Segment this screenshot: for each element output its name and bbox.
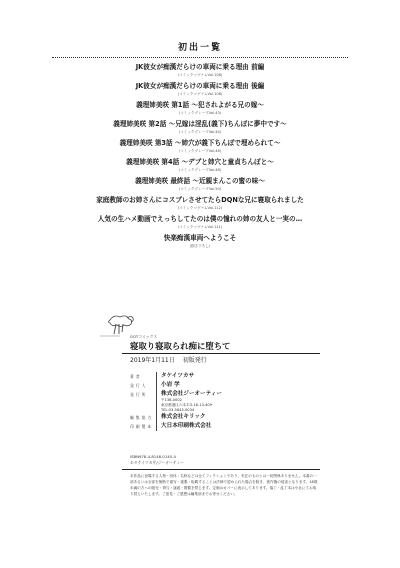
toc-item: JK彼女が痴漢だらけの車両に乗る理由 後編 (コミックマグナムVol.108) [40, 81, 360, 97]
toc-item: 家庭教師のお姉さんにコスプレさせてたらDQNな兄に寝取られました (コミックマグ… [40, 195, 360, 211]
toc-item: 義理姉美咲 第2話 〜兄嫁は淫乱(義下)ちんぽに夢中です〜 (コミックグレープV… [40, 119, 360, 135]
toc-item: 義理姉美咲 第3話 〜姉穴が義下ちんぽで埋められて〜 (コミックグレープVol.… [40, 138, 360, 154]
toc-item-source: (コミックマグナムVol.108) [40, 91, 360, 97]
toc-item-source: (コミックグレープVol.44) [40, 129, 360, 135]
toc-heading: 初出一覧 [40, 40, 360, 53]
toc-item: 人気の生ハメ動画でえっちしてたのは僕の憧れの姉の友人と一実の… (コミックマグナ… [40, 214, 360, 230]
credit-value: 株式会社キリック [156, 413, 206, 422]
credit-value: 小岩 学 [156, 381, 180, 390]
publication-date-line: 2019年1月11日初版発行 [130, 355, 207, 364]
toc-item-source: (コミックマグナムVol.112) [40, 205, 360, 211]
credit-value: 株式会社ジーオーティー 〒136-0002 東京都港区六本木3-16-13-40… [156, 390, 222, 413]
credit-row-editing: 編集協力 株式会社キリック [130, 413, 310, 422]
credit-row-printing: 印刷製本 大日本印刷株式会社 [130, 422, 310, 431]
toc-item-source: (コミックグレープVol.48) [40, 167, 360, 173]
toc-item-source: (コミックマグナムVol.106) [40, 72, 360, 78]
toc-item: JK彼女が痴漢だらけの車両に乗る理由 前編 (コミックマグナムVol.106) [40, 62, 360, 78]
toc-item-title: 家庭教師のお姉さんにコスプレさせてたらDQNな兄に寝取られました [40, 195, 360, 205]
toc-item: 義理姉美咲 第4話 〜デブと姉穴と童貞ちんぽと〜 (コミックグレープVol.48… [40, 157, 360, 173]
toc-item-title: 義理姉美咲 第3話 〜姉穴が義下ちんぽで埋められて〜 [40, 138, 360, 148]
credit-key: 著者 [130, 372, 156, 381]
title-divider [122, 353, 320, 354]
toc-item-source: (描き下ろし) [40, 243, 360, 249]
toc-item-title: JK彼女が痴漢だらけの車両に乗る理由 後編 [40, 81, 360, 91]
toc-item-source: (コミックグレープVol.50) [40, 186, 360, 192]
credit-key: 印刷製本 [130, 422, 156, 431]
table-of-contents: 初出一覧 JK彼女が痴漢だらけの車両に乗る理由 前編 (コミックマグナムVol.… [40, 40, 360, 252]
toc-item-title: 義理姉美咲 第1話 〜犯されよがる兄の嫁〜 [40, 100, 360, 110]
credit-key: 発行人 [130, 381, 156, 390]
notice-divider [122, 469, 320, 470]
toc-item-source: (コミックマグナムVol.111) [40, 224, 360, 230]
toc-item-title: JK彼女が痴漢だらけの車両に乗る理由 前編 [40, 62, 360, 72]
credit-key: 編集協力 [130, 413, 156, 422]
toc-item: 義理姉美咲 第1話 〜犯されよがる兄の嫁〜 (コミックグレープVol.43) [40, 100, 360, 116]
isbn-block: ISBN978-4-8148-0140-4 ©タケイツカサ/ジーオーティー [130, 454, 184, 466]
toc-item: 義理姉美咲 最終話 〜近親まんこの蜜の味〜 (コミックグレープVol.50) [40, 176, 360, 192]
credit-row-publisher: 発行所 株式会社ジーオーティー 〒136-0002 東京都港区六本木3-16-1… [130, 390, 310, 413]
dotted-divider [52, 57, 348, 58]
credit-row-publisher-person: 発行人 小岩 学 [130, 381, 310, 390]
toc-item-title: 義理姉美咲 第4話 〜デブと姉穴と童貞ちんぽと〜 [40, 157, 360, 167]
publication-date: 2019年1月11日 [130, 357, 175, 364]
credit-value: 大日本印刷株式会社 [156, 422, 211, 431]
copyright: ©タケイツカサ/ジーオーティー [130, 460, 184, 466]
edition-label: 初版発行 [183, 357, 207, 364]
credit-key: 発行所 [130, 390, 156, 413]
toc-item-title: 義理姉美咲 第2話 〜兄嫁は淫乱(義下)ちんぽに夢中です〜 [40, 119, 360, 129]
toc-item-title: 人気の生ハメ動画でえっちしてたのは僕の憧れの姉の友人と一実の… [40, 214, 360, 224]
toc-item: 快楽痴漢車両へようこそ (描き下ろし) [40, 233, 360, 249]
credits-list: 著者 タケイツカサ 発行人 小岩 学 発行所 株式会社ジーオーティー 〒136-… [130, 372, 310, 431]
toc-item-source: (コミックグレープVol.43) [40, 110, 360, 116]
book-title: 寝取り寝取られ痴に堕ちて [130, 340, 230, 352]
book-page: 初出一覧 JK彼女が痴漢だらけの車両に乗る理由 前編 (コミックマグナムVol.… [0, 0, 400, 568]
legal-notice: 本作品に登場する人物・団体・名称などは全てフィクションであり、実在のものとは一切… [130, 473, 318, 497]
credit-value: タケイツカサ [156, 372, 194, 381]
toc-item-title: 快楽痴漢車両へようこそ [40, 233, 360, 243]
credit-row-author: 著者 タケイツカサ [130, 372, 310, 381]
toc-item-title: 義理姉美咲 最終話 〜近親まんこの蜜の味〜 [40, 176, 360, 186]
toc-item-source: (コミックグレープVol.46) [40, 148, 360, 154]
